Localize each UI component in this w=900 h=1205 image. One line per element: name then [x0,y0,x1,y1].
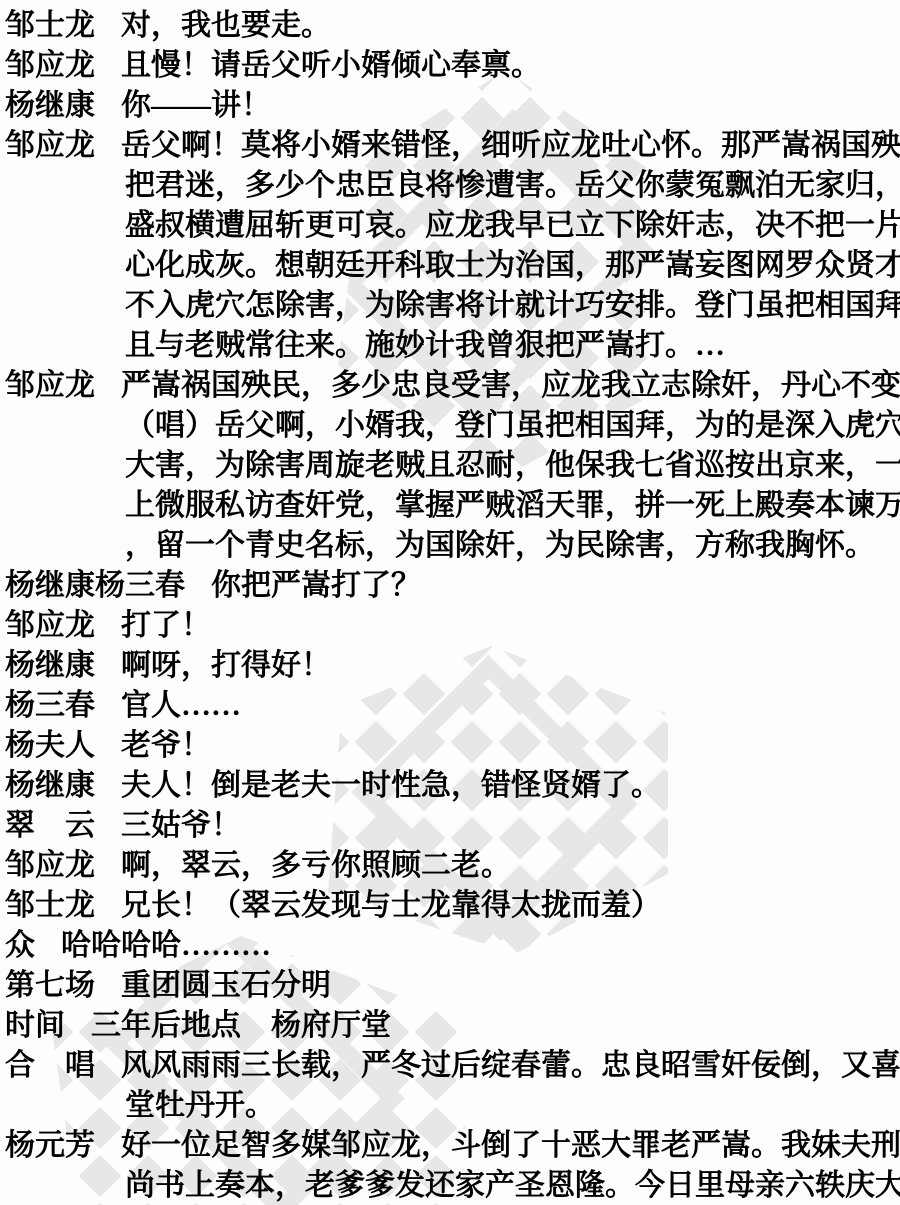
dialogue-continuation-line: 上微服私访查奸党，掌握严贼滔天罪，拼一死上殿奏本谏万岁 [5,486,900,526]
dialogue-line: 邹应龙岳父啊！莫将小婿来错怪，细听应龙吐心怀。那严嵩祸国殃民 [5,126,900,166]
line-text: 哈哈哈哈……… [61,929,271,962]
line-text: 且与老贼常往来。施妙计我曾狠把严嵩打。… [125,329,725,362]
line-text: 夫人！倒是老夫一时性急，错怪贤婿了。 [121,769,661,802]
dialogue-continuation-line: （唱）岳父啊，小婿我，登门虽把相国拜，为的是深入虎穴除 [5,406,900,446]
scene-heading-line: 第七场重团圆玉石分明 [5,966,900,1006]
speaker-name: 杨继康 [5,769,95,802]
line-text: 大害，为除害周旋老贼且忍耐，他保我七省巡按出京来，一路 [125,449,900,482]
dialogue-line: 杨继康夫人！倒是老夫一时性急，错怪贤婿了。 [5,766,900,806]
line-text: 三姑爷！ [121,809,241,842]
dialogue-line: 杨夫人老爷！ [5,726,900,766]
line-text: 你——讲！ [121,89,271,122]
dialogue-line: 邹士龙对，我也要走。 [5,6,900,46]
dialogue-line: 邹应龙严嵩祸国殃民，多少忠良受害，应龙我立志除奸，丹心不变 [5,366,900,406]
dialogue-continuation-line: 盛叔横遭屈斩更可哀。应龙我早已立下除奸志，决不把一片丹 [5,206,900,246]
line-text: 三年后地点 杨府厅堂 [91,1009,391,1042]
speaker-name: 邹应龙 [5,369,95,402]
speaker-name: 邹士龙 [5,9,95,42]
dialogue-line: 杨元芳好一位足智多媒邹应龙，斗倒了十恶大罪老严嵩。我妹夫刑部 [5,1126,900,1166]
dialogue-continuation-line: 尚书上奏本，老爹爹发还家产圣恩隆。今日里母亲六轶庆大寿 [5,1166,900,1205]
dialogue-line: 众哈哈哈哈……… [5,926,900,966]
dialogue-line: 邹应龙打了！ [5,606,900,646]
line-text: 上微服私访查奸党，掌握严贼滔天罪，拼一死上殿奏本谏万岁 [125,489,900,522]
script-body: 邹士龙对，我也要走。邹应龙且慢！请岳父听小婿倾心奉禀。杨继康你——讲！邹应龙岳父… [5,6,900,1205]
dialogue-continuation-line: 大害，为除害周旋老贼且忍耐，他保我七省巡按出京来，一路 [5,446,900,486]
dialogue-line: 合 唱风风雨雨三长载，严冬过后绽春蕾。忠良昭雪奸佞倒，又喜华 [5,1046,900,1086]
speaker-name: 翠 云 [5,809,95,842]
dialogue-line: 杨继康杨三春你把严嵩打了？ [5,566,900,606]
dialogue-continuation-line: 且与老贼常往来。施妙计我曾狠把严嵩打。… [5,326,900,366]
scene-heading-line: 时间三年后地点 杨府厅堂 [5,1006,900,1046]
dialogue-continuation-line: ，留一个青史名标，为国除奸，为民除害，方称我胸怀。 [5,526,900,566]
dialogue-continuation-line: 把君迷，多少个忠臣良将惨遭害。岳父你蒙冤飘泊无家归，继 [5,166,900,206]
line-text: 堂牡丹开。 [125,1089,275,1122]
line-text: 严嵩祸国殃民，多少忠良受害，应龙我立志除奸，丹心不变 [121,369,900,402]
dialogue-line: 杨继康啊呀，打得好！ [5,646,900,686]
line-text: 啊呀，打得好！ [121,649,331,682]
line-text: 岳父啊！莫将小婿来错怪，细听应龙吐心怀。那严嵩祸国殃民 [121,129,900,162]
line-text: 啊，翠云，多亏你照顾二老。 [121,849,511,882]
line-text: 官人…… [121,689,241,722]
speaker-name: 第七场 [5,969,95,1002]
speaker-name: 邹应龙 [5,49,95,82]
dialogue-line: 杨三春官人…… [5,686,900,726]
speaker-name: 邹应龙 [5,129,95,162]
line-text: 心化成灰。想朝廷开科取士为治国，那严嵩妄图网罗众贤才。 [125,249,900,282]
speaker-name: 杨元芳 [5,1129,95,1162]
speaker-name: 杨继康 [5,89,95,122]
line-text: 老爷！ [121,729,211,762]
speaker-name: 杨继康 [5,649,95,682]
speaker-name: 邹应龙 [5,609,95,642]
dialogue-line: 杨继康你——讲！ [5,86,900,126]
line-text: 重团圆玉石分明 [121,969,331,1002]
line-text: ，留一个青史名标，为国除奸，为民除害，方称我胸怀。 [125,529,875,562]
line-text: 尚书上奏本，老爹爹发还家产圣恩隆。今日里母亲六轶庆大寿 [125,1169,900,1202]
speaker-name: 合 唱 [5,1049,95,1082]
line-text: 不入虎穴怎除害，为除害将计就计巧安排。登门虽把相国拜， [125,289,900,322]
speaker-name: 众 [5,929,35,962]
dialogue-continuation-line: 不入虎穴怎除害，为除害将计就计巧安排。登门虽把相国拜， [5,286,900,326]
line-text: 且慢！请岳父听小婿倾心奉禀。 [121,49,541,82]
dialogue-continuation-line: 堂牡丹开。 [5,1086,900,1126]
line-text: 把君迷，多少个忠臣良将惨遭害。岳父你蒙冤飘泊无家归，继 [125,169,900,202]
line-text: 风风雨雨三长载，严冬过后绽春蕾。忠良昭雪奸佞倒，又喜华 [121,1049,900,1082]
line-text: 你把严嵩打了？ [211,569,421,602]
dialogue-continuation-line: 心化成灰。想朝廷开科取士为治国，那严嵩妄图网罗众贤才。 [5,246,900,286]
speaker-name: 杨三春 [5,689,95,722]
line-text: 打了！ [121,609,211,642]
speaker-name: 邹士龙 [5,889,95,922]
line-text: 盛叔横遭屈斩更可哀。应龙我早已立下除奸志，决不把一片丹 [125,209,900,242]
line-text: 对，我也要走。 [121,9,331,42]
speaker-name: 杨夫人 [5,729,95,762]
dialogue-line: 翠 云三姑爷！ [5,806,900,846]
script-page: 邹士龙对，我也要走。邹应龙且慢！请岳父听小婿倾心奉禀。杨继康你——讲！邹应龙岳父… [0,0,900,1205]
dialogue-line: 邹应龙啊，翠云，多亏你照顾二老。 [5,846,900,886]
line-text: 兄长！（翠云发现与士龙靠得太拢而羞） [121,889,661,922]
speaker-name: 时间 [5,1009,65,1042]
line-text: 好一位足智多媒邹应龙，斗倒了十恶大罪老严嵩。我妹夫刑部 [121,1129,900,1162]
speaker-name: 杨继康杨三春 [5,569,185,602]
speaker-name: 邹应龙 [5,849,95,882]
line-text: （唱）岳父啊，小婿我，登门虽把相国拜，为的是深入虎穴除 [125,409,900,442]
dialogue-line: 邹士龙兄长！（翠云发现与士龙靠得太拢而羞） [5,886,900,926]
dialogue-line: 邹应龙且慢！请岳父听小婿倾心奉禀。 [5,46,900,86]
